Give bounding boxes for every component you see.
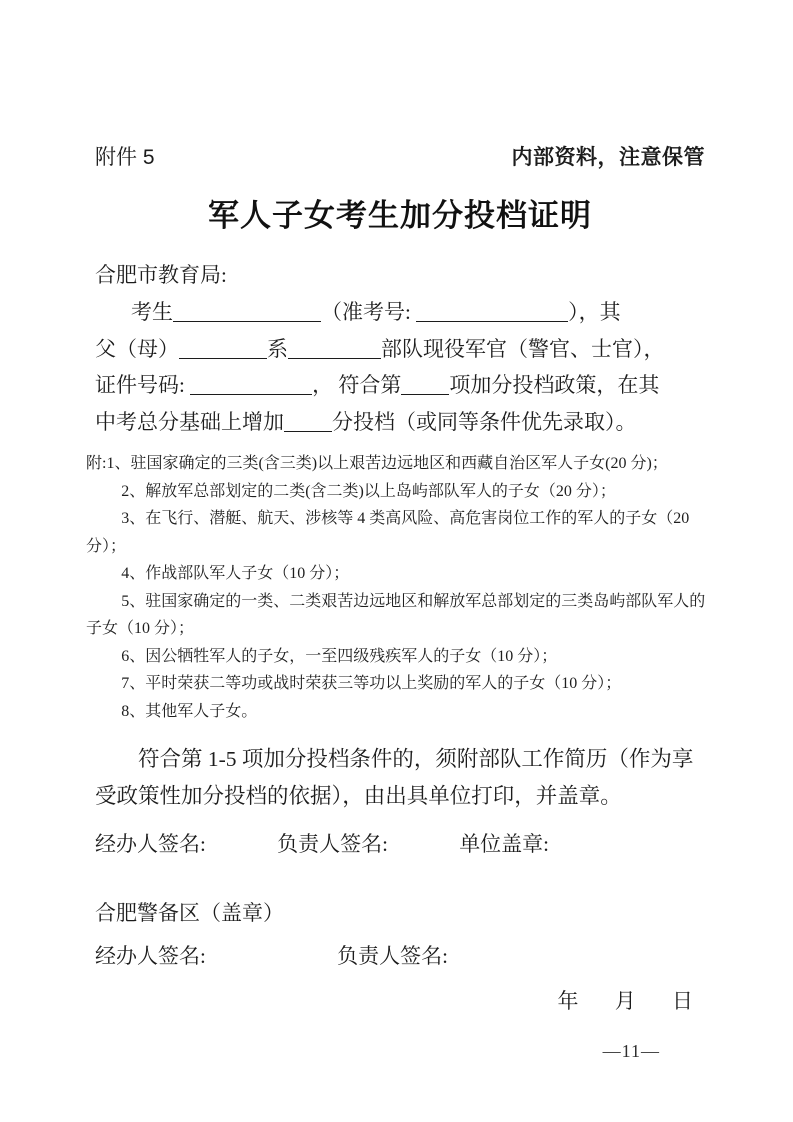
note-item-1: 附:1、驻国家确定的三类(含三类)以上艰苦边远地区和西藏自治区军人子女(20 分… xyxy=(86,450,708,478)
confidential-notice: 内部资料，注意保管 xyxy=(512,146,706,170)
notes-prefix: 附: xyxy=(86,455,106,472)
note-item-8: 8、其他军人子女。 xyxy=(86,698,708,726)
date-month-label: 月 xyxy=(615,989,636,1013)
certificate-text: 证件号码: xyxy=(95,373,190,397)
certificate-text: 部队现役军官（警官、士官）， xyxy=(381,337,665,361)
certificate-text: 父（母） xyxy=(95,337,179,361)
supervisor-signature-label: 负责人签名: xyxy=(337,942,448,970)
handler-signature-label: 经办人签名: xyxy=(95,830,206,858)
certificate-text: 系 xyxy=(267,337,288,361)
note-item-7: 7、平时荣获二等功或战时荣获三等功以上奖励的军人的子女（10 分）； xyxy=(86,670,708,698)
blank-exam-number xyxy=(416,300,568,322)
certificate-text: 中考总分基础上增加 xyxy=(95,410,284,434)
date-line: 年 月 日 xyxy=(95,987,705,1015)
date-year-label: 年 xyxy=(558,989,579,1013)
note-item-4: 4、作战部队军人子女（10 分）； xyxy=(86,560,708,588)
instructions-paragraph: 符合第 1-5 项加分投档条件的，须附部队工作简历（作为享受政策性加分投档的依据… xyxy=(95,741,705,815)
document-header: 附件 5 内部资料，注意保管 xyxy=(95,146,705,170)
blank-id-number xyxy=(190,373,312,395)
note-text: 1、驻国家确定的三类(含三类)以上艰苦边远地区和西藏自治区军人子女(20 分)； xyxy=(106,455,667,472)
document-page: 附件 5 内部资料，注意保管 军人子女考生加分投档证明 合肥市教育局: 考生（准… xyxy=(0,0,793,1122)
certificate-line-4: 中考总分基础上增加分投档（或同等条件优先录取）。 xyxy=(95,404,705,441)
certificate-line-2: 父（母）系部队现役军官（警官、士官）， xyxy=(95,331,705,368)
page-number: —11— xyxy=(95,1041,705,1062)
supervisor-signature-label: 负责人签名: xyxy=(277,830,388,858)
signature-row-garrison: 经办人签名: 负责人签名: xyxy=(95,942,705,970)
unit-seal-label: 单位盖章: xyxy=(459,830,549,858)
note-item-2: 2、解放军总部划定的二类(含二类)以上岛屿部队军人的子女（20 分）； xyxy=(86,478,708,506)
salutation: 合肥市教育局: xyxy=(95,261,705,289)
note-item-6: 6、因公牺牲军人的子女，一至四级残疾军人的子女（10 分）； xyxy=(86,643,708,671)
blank-parent-name xyxy=(179,337,267,359)
notes-list: 附:1、驻国家确定的三类(含三类)以上艰苦边远地区和西藏自治区军人子女(20 分… xyxy=(86,450,708,725)
blank-candidate-name xyxy=(173,300,321,322)
blank-unit-name xyxy=(288,337,381,359)
date-day-label: 日 xyxy=(672,989,693,1013)
document-title: 军人子女考生加分投档证明 xyxy=(95,197,705,235)
blank-policy-item xyxy=(401,373,449,395)
certificate-text: ），其 xyxy=(568,300,621,324)
certificate-text: 分投档（或同等条件优先录取）。 xyxy=(332,410,637,434)
blank-bonus-points xyxy=(284,410,332,432)
note-item-5: 5、驻国家确定的一类、二类艰苦边远地区和解放军总部划定的三类岛屿部队军人的子女（… xyxy=(86,588,708,643)
garrison-seal-label: 合肥警备区（盖章） xyxy=(95,899,705,927)
certificate-text: 项加分投档政策，在其 xyxy=(449,373,659,397)
certificate-line-3: 证件号码: ， 符合第项加分投档政策，在其 xyxy=(95,367,705,404)
signature-row-unit: 经办人签名: 负责人签名: 单位盖章: xyxy=(95,830,705,858)
certificate-text: 考生 xyxy=(131,300,173,324)
certificate-text: ， 符合第 xyxy=(312,373,401,397)
certificate-text: （准考号: xyxy=(321,300,416,324)
attachment-label: 附件 5 xyxy=(95,146,155,170)
handler-signature-label: 经办人签名: xyxy=(95,942,206,970)
certificate-body: 考生（准考号: ），其 父（母）系部队现役军官（警官、士官）， 证件号码: ， … xyxy=(95,294,705,440)
note-item-3: 3、在飞行、潜艇、航天、涉核等 4 类高风险、高危害岗位工作的军人的子女（20 … xyxy=(86,505,708,560)
certificate-line-1: 考生（准考号: ），其 xyxy=(95,294,705,331)
